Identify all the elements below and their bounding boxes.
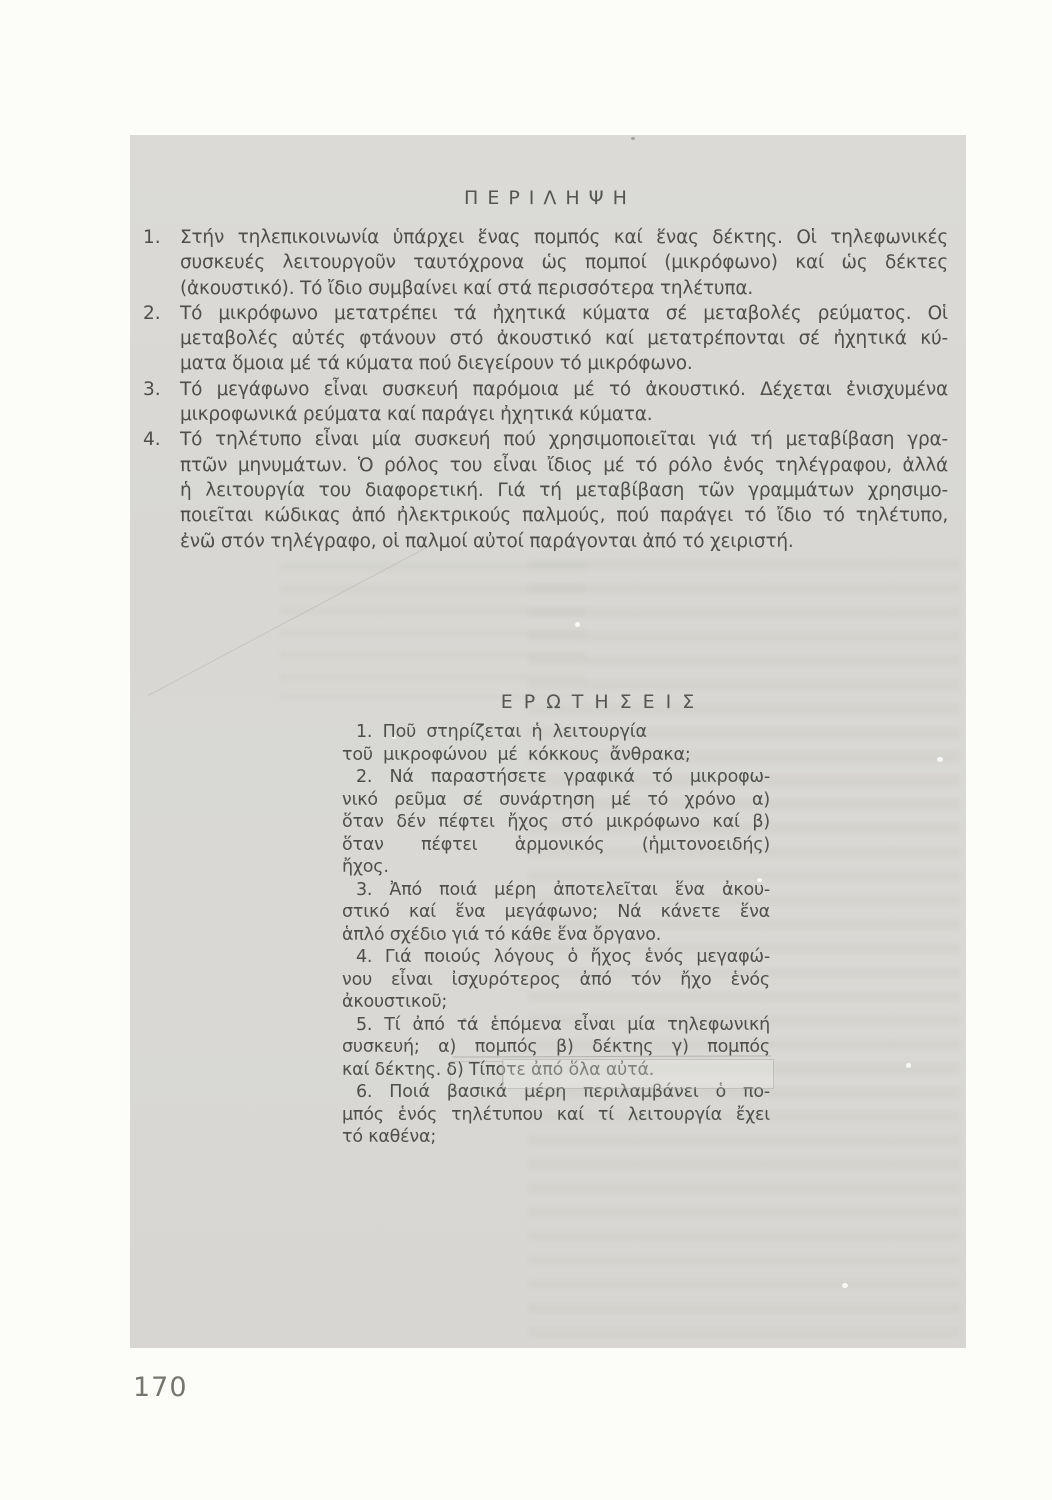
question-text-line: στικό καί ἕνα μεγάφωνο; Νά κάνετε ἕνα (342, 901, 770, 924)
summary-text-line: Τό μικρόφωνο μετατρέπει τά ἠχητικά κύματ… (180, 301, 948, 326)
question-text-line: ὅταν πέφτει ἁρμονικός (ἡμιτονοειδής) (342, 834, 770, 857)
question-item: 4. Γιά ποιούς λόγους ὁ ἤχος ἑνός μεγαφώ-… (342, 946, 770, 1014)
question-text-line: ὅταν δέν πέφτει ἤχος στό μικρόφωνο καί β… (342, 811, 770, 834)
question-text-line: ἀκουστικοῦ; (342, 991, 770, 1014)
summary-title: ΠΕΡΙΛΗΨΗ (143, 187, 948, 209)
summary-item: 1.Στήν τηλεπικοινωνία ὑπάρχει ἕνας πομπό… (143, 225, 948, 301)
summary-text-line: Τό μεγάφωνο εἶναι συσκευή παρόμοια μέ τό… (180, 377, 948, 402)
dust-speck (575, 622, 580, 627)
questions-title: ΕΡΩΤΗΣΕΙΣ (385, 691, 810, 713)
summary-item-number: 4. (143, 427, 161, 452)
summary-text-line: μεταβολές αὐτές φτάνουν στό ἀκουστικό κα… (180, 326, 948, 351)
page-scan-area: ΠΕΡΙΛΗΨΗ 1.Στήν τηλεπικοινωνία ὑπάρχει ἕ… (130, 135, 966, 1348)
question-text-line: τοῦ μικροφώνου μέ κόκκους ἄνθρακα; (342, 744, 770, 767)
question-text-line: 5. Τί ἀπό τά ἑπόμενα εἶναι μία τηλεφωνικ… (342, 1014, 770, 1037)
summary-item: 2.Τό μικρόφωνο μετατρέπει τά ἠχητικά κύμ… (143, 301, 948, 377)
question-text-line: νικό ρεῦμα σέ συνάρτηση μέ τό χρόνο α) (342, 789, 770, 812)
summary-text-line: Τό τηλέτυπο εἶναι μία συσκευή πού χρησιμ… (180, 427, 948, 452)
question-text-line: νου εἶναι ἰσχυρότερος ἀπό τόν ἤχο ἑνός (342, 969, 770, 992)
question-text-line: ἁπλό σχέδιο γιά τό κάθε ἕνα ὄργανο. (342, 924, 770, 947)
summary-list: 1.Στήν τηλεπικοινωνία ὑπάρχει ἕνας πομπό… (143, 225, 948, 554)
question-item: 6. Ποιά βασικά μέρη περιλαμβάνει ὁ πο-μπ… (342, 1081, 770, 1149)
dust-speck (937, 757, 943, 762)
scanned-book-page: ΠΕΡΙΛΗΨΗ 1.Στήν τηλεπικοινωνία ὑπάρχει ἕ… (0, 0, 1052, 1500)
question-text-line: τό καθένα; (342, 1126, 770, 1149)
dust-speck (906, 1063, 911, 1068)
question-text-line: 1. Ποῦ στηρίζεται ἡ λειτουργία (342, 721, 770, 744)
summary-text-line: πτῶν μηνυμάτων. Ὁ ρόλος του εἶναι ἴδιος … (180, 453, 948, 478)
page-number: 170 (133, 1372, 188, 1403)
pencil-box-annotation (450, 1061, 504, 1089)
summary-text-line: Στήν τηλεπικοινωνία ὑπάρχει ἕνας πομπός … (180, 225, 948, 250)
question-text-line: μπός ἑνός τηλέτυπου καί τί λειτουργία ἔχ… (342, 1104, 770, 1127)
summary-text-line: ἐνῶ στόν τηλέγραφο, οἱ παλμοί αὐτοί παρά… (180, 529, 948, 554)
summary-item: 3.Τό μεγάφωνο εἶναι συσκευή παρόμοια μέ … (143, 377, 948, 428)
summary-text-line: μικροφωνικά ρεύματα καί παράγει ἠχητικά … (180, 402, 948, 427)
question-item: 3. Ἀπό ποιά μέρη ἀποτελεῖται ἕνα ἀκου-στ… (342, 879, 770, 947)
summary-item-number: 3. (143, 377, 161, 402)
summary-text-line: (ἀκουστικό). Τό ἴδιο συμβαίνει καί στά π… (180, 276, 948, 301)
question-text-line: 2. Νά παραστήσετε γραφικά τό μικροφω- (342, 766, 770, 789)
ink-speck (631, 137, 635, 140)
question-text-line: 3. Ἀπό ποιά μέρη ἀποτελεῖται ἕνα ἀκου- (342, 879, 770, 902)
summary-text-line: ποιεῖται κώδικας ἀπό ἠλεκτρικούς παλμούς… (180, 503, 948, 528)
summary-item-number: 1. (143, 225, 161, 250)
summary-text-line: συσκευές λειτουργοῦν ταυτόχρονα ὡς πομπο… (180, 250, 948, 275)
question-text-line: ἤχος. (342, 856, 770, 879)
summary-text-line: ἡ λειτουργία του διαφορετική. Γιά τή μετ… (180, 478, 948, 503)
dust-speck (842, 1283, 848, 1288)
bleed-through-text-ghost (280, 563, 585, 698)
question-item: 2. Νά παραστήσετε γραφικά τό μικροφω-νικ… (342, 766, 770, 879)
pencil-box-annotation (502, 1059, 774, 1089)
summary-item-number: 2. (143, 301, 161, 326)
question-text-line: 4. Γιά ποιούς λόγους ὁ ἤχος ἑνός μεγαφώ- (342, 946, 770, 969)
summary-item: 4.Τό τηλέτυπο εἶναι μία συσκευή πού χρησ… (143, 427, 948, 553)
question-item: 1. Ποῦ στηρίζεται ἡ λειτουργίατοῦ μικροφ… (342, 721, 770, 766)
summary-text-line: ματα ὅμοια μέ τά κύματα πού διεγείρουν τ… (180, 351, 948, 376)
